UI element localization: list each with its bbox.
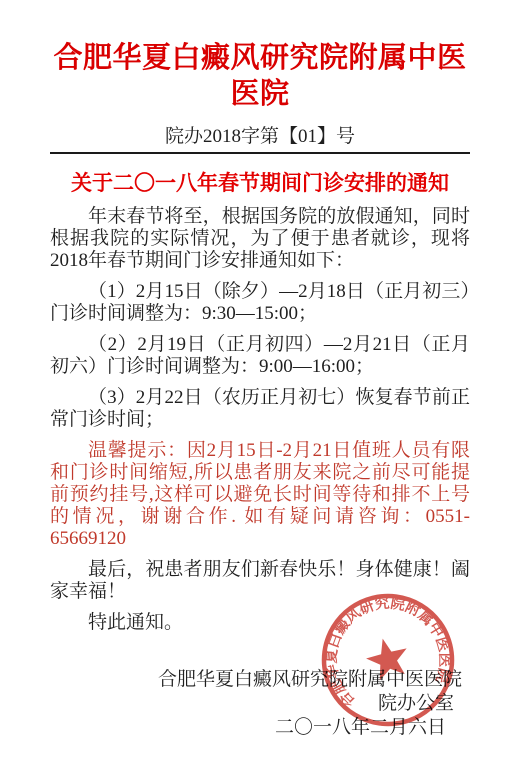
schedule-item-3: （3）2月22日（农历正月初七）恢复春节前正常门诊时间；: [50, 387, 470, 431]
wishes-paragraph: 最后，祝患者朋友们新春快乐！身体健康！阖家幸福！: [50, 559, 470, 603]
notice-document: 合肥华夏白癜风研究院附属中医医院 院办2018字第【01】号 关于二〇一八年春节…: [0, 0, 520, 776]
warm-tip-paragraph: 温馨提示：因2月15日-2月21日值班人员有限和门诊时间缩短,所以患者朋友来院之…: [50, 440, 470, 550]
schedule-item-2: （2）2月19日（正月初四）—2月21日（正月初六）门诊时间调整为：9:00—1…: [50, 334, 470, 378]
signature-block: 合肥华夏白癜风研究院附属中医医院 院办公室 二〇一八年二月六日: [50, 668, 470, 740]
hospital-title: 合肥华夏白癜风研究院附属中医医院: [50, 0, 470, 112]
signature-office: 院办公室: [50, 692, 470, 716]
intro-paragraph: 年末春节将至，根据国务院的放假通知，同时根据我院的实际情况，为了便于患者就诊，现…: [50, 206, 470, 272]
document-content: 合肥华夏白癜风研究院附属中医医院 院办2018字第【01】号 关于二〇一八年春节…: [0, 0, 520, 740]
conclusion-paragraph: 特此通知。: [50, 612, 470, 634]
notice-heading: 关于二〇一八年春节期间门诊安排的通知: [50, 171, 470, 197]
header-divider: [50, 152, 470, 154]
signature-date: 二〇一八年二月六日: [50, 716, 470, 740]
signature-org: 合肥华夏白癜风研究院附属中医医院: [50, 668, 470, 692]
schedule-item-1: （1）2月15日（除夕）—2月18日（正月初三）门诊时间调整为：9:30—15:…: [50, 281, 470, 325]
document-number: 院办2018字第【01】号: [50, 125, 470, 149]
